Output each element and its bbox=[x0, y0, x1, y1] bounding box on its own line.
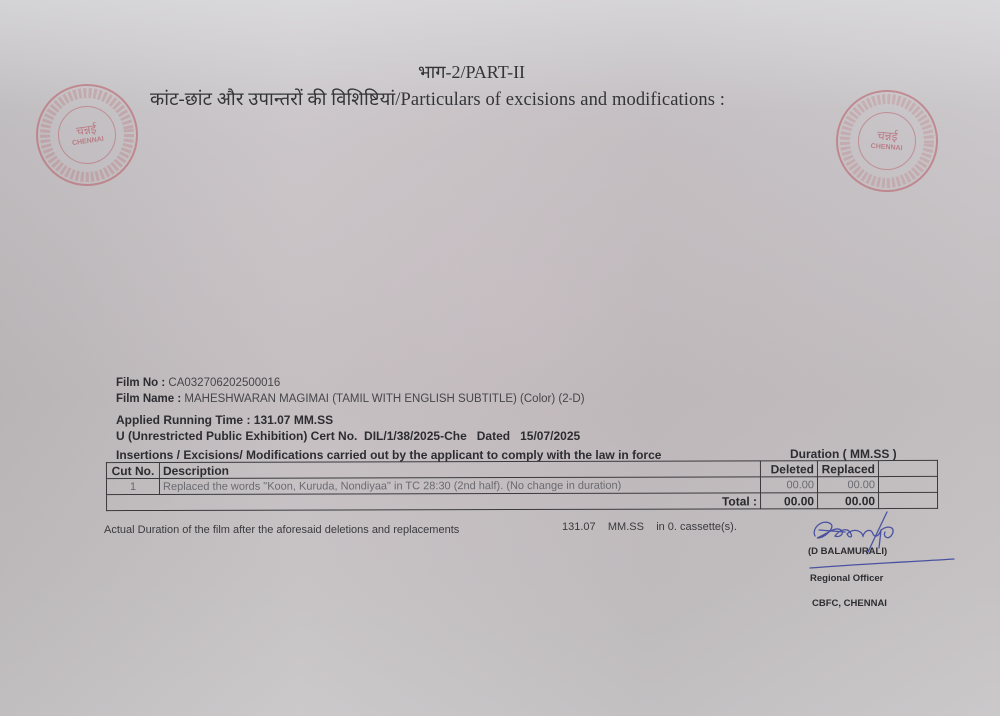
seal-ring-icon bbox=[833, 87, 942, 196]
total-label: Total : bbox=[107, 493, 761, 511]
cell-empty bbox=[879, 492, 938, 508]
total-deleted: 00.00 bbox=[761, 493, 818, 509]
cassette-count: in 0. cassette(s). bbox=[656, 521, 737, 533]
signatory-role: Regional Officer bbox=[810, 573, 883, 584]
film-name-label: Film Name : bbox=[116, 393, 181, 405]
cert-label: U (Unrestricted Public Exhibition) Cert … bbox=[116, 429, 357, 443]
certificate-row: U (Unrestricted Public Exhibition) Cert … bbox=[116, 429, 580, 443]
signatory-office: CBFC, CHENNAI bbox=[812, 598, 887, 609]
actual-duration-label: Actual Duration of the film after the af… bbox=[104, 524, 459, 536]
col-cut-no: Cut No. bbox=[106, 462, 159, 478]
applied-running-time-label: Applied Running Time : bbox=[116, 413, 250, 427]
applied-running-time-value: 131.07 MM.SS bbox=[254, 413, 333, 427]
actual-duration-value-row: 131.07 MM.SS in 0. cassette(s). bbox=[562, 521, 737, 533]
cell-empty bbox=[878, 476, 937, 492]
col-description: Description bbox=[159, 461, 760, 479]
signature-underline bbox=[808, 558, 956, 570]
col-replaced: Replaced bbox=[817, 461, 878, 477]
col-empty bbox=[878, 460, 937, 476]
signatory-name: (D BALAMURALI) bbox=[808, 546, 887, 557]
actual-duration-value: 131.07 bbox=[562, 521, 596, 533]
actual-duration-unit: MM.SS bbox=[608, 521, 644, 533]
dated-value: 15/07/2025 bbox=[520, 429, 580, 443]
cert-no-value: DIL/1/38/2025-Che bbox=[364, 429, 467, 443]
film-no-value: CA032706202500016 bbox=[168, 377, 280, 389]
part-title: भाग-2/PART-II bbox=[418, 60, 525, 84]
page-heading: कांट-छांट और उपान्तरों की विशिष्टियां/Pa… bbox=[150, 86, 725, 111]
film-name-row: Film Name : MAHESHWARAN MAGIMAI (TAMIL W… bbox=[116, 393, 585, 405]
cell-replaced: 00.00 bbox=[817, 477, 878, 493]
applied-running-time-row: Applied Running Time : 131.07 MM.SS bbox=[116, 413, 333, 427]
modifications-table: Cut No. Description Deleted Replaced 1 R… bbox=[106, 460, 938, 511]
cell-deleted: 00.00 bbox=[760, 477, 817, 493]
col-deleted: Deleted bbox=[760, 461, 817, 477]
seal-ring-icon bbox=[29, 77, 144, 192]
duration-title: Duration ( MM.SS ) bbox=[790, 447, 897, 461]
cbfc-seal-left: चन्नई CHENNAI bbox=[29, 77, 144, 192]
film-no-label: Film No : bbox=[116, 377, 165, 389]
total-replaced: 00.00 bbox=[818, 493, 879, 509]
dated-label: Dated bbox=[477, 429, 510, 443]
film-no-row: Film No : CA032706202500016 bbox=[116, 377, 280, 389]
cell-cut-no: 1 bbox=[106, 478, 159, 494]
cbfc-seal-right: चन्नई CHENNAI bbox=[833, 87, 942, 196]
film-name-value: MAHESHWARAN MAGIMAI (TAMIL WITH ENGLISH … bbox=[184, 393, 584, 405]
cell-description: Replaced the words "Koon, Kuruda, Nondiy… bbox=[159, 477, 760, 495]
